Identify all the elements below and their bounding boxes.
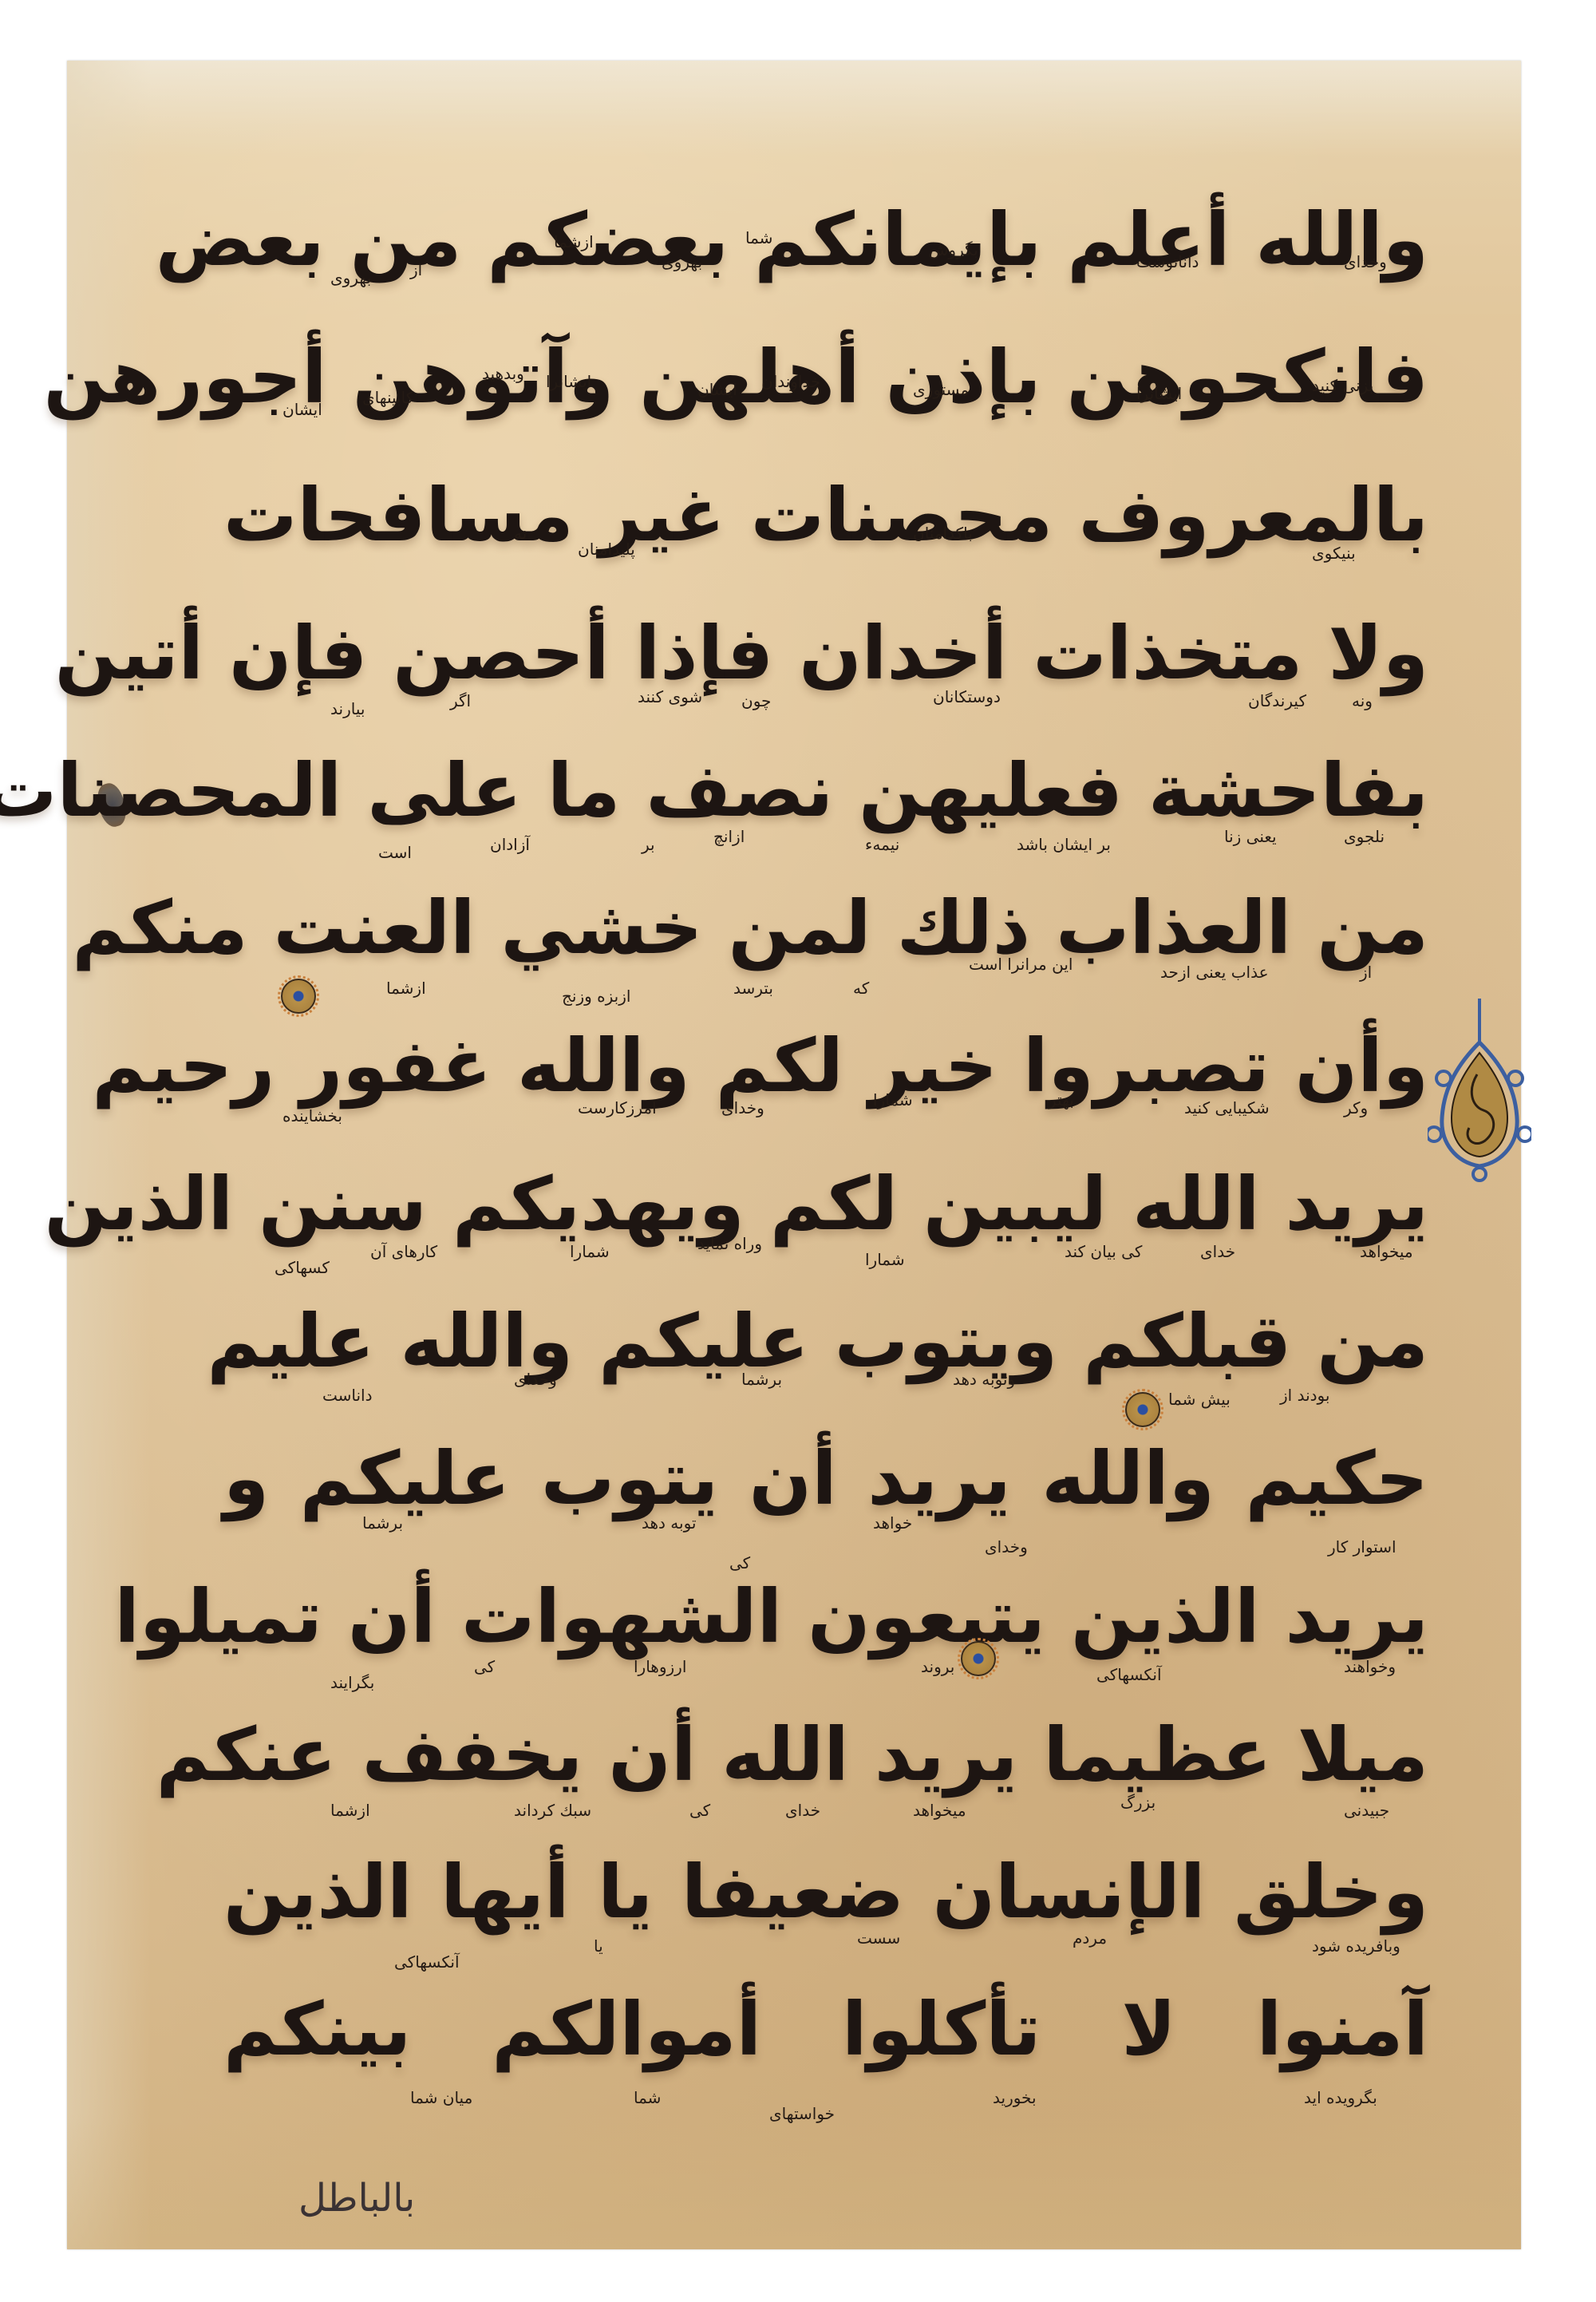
gloss: بگرايند <box>330 1673 374 1692</box>
gloss: استوار كار <box>1328 1537 1396 1556</box>
gloss: وخداى <box>985 1537 1028 1556</box>
gloss: ميخواهد <box>913 1801 966 1820</box>
gloss: دوستكانان <box>933 687 1001 706</box>
gloss: كارهاى آن <box>370 1242 437 1261</box>
gloss: ايشان <box>282 400 322 419</box>
gloss: آنكسهاكى <box>1096 1665 1162 1684</box>
gloss: وخداى <box>1344 252 1387 271</box>
gloss: چون <box>741 691 771 710</box>
gloss: نلجوى <box>1344 827 1385 846</box>
marginal-medallion-icon <box>1428 999 1531 1182</box>
text-line-13: وخلق الإنسان ضعيفا يا أيها الذين <box>223 1833 1428 1952</box>
gloss: بهتر <box>1049 1090 1074 1109</box>
gloss: ونه <box>1352 691 1373 710</box>
gloss: باكدامنان <box>913 524 973 543</box>
gloss: از <box>410 260 422 279</box>
paper-repair-top <box>67 61 1521 156</box>
gloss: سست <box>857 1928 900 1948</box>
gloss: شكيبايى كنيد <box>1184 1098 1270 1117</box>
gloss: ازشما <box>386 979 426 998</box>
gloss: بودند از <box>1280 1386 1329 1405</box>
gloss: كابينهاى <box>362 388 413 407</box>
gloss: ارزوهارا <box>634 1657 686 1676</box>
gloss: برشما <box>362 1513 403 1533</box>
text-line-11: يريد الذين يتبعون الشهوات أن تميلوا <box>223 1557 1428 1677</box>
gloss: كسهاكى <box>275 1258 330 1277</box>
gloss: بهروى <box>662 252 702 271</box>
gloss: كى بيان كند <box>1065 1242 1142 1261</box>
gloss: سبك كرداند <box>514 1801 591 1820</box>
manuscript-folio: والله أعلم بإيمانكم بعضكم من بعض فانكحوه… <box>67 61 1521 2249</box>
gloss: آزادان <box>490 835 530 854</box>
gloss: بزنى كنيد <box>1312 376 1373 395</box>
gloss: بيش شما <box>1168 1390 1231 1409</box>
gloss: برشما <box>741 1370 782 1389</box>
gloss: ميان شما <box>410 2088 472 2107</box>
gloss: امرزكارست <box>578 1098 657 1117</box>
gloss: يا <box>594 1936 603 1956</box>
gloss: ايشانرا <box>1136 384 1182 403</box>
gloss: جبيدنى <box>1344 1801 1389 1820</box>
gloss: اگر <box>450 691 471 710</box>
gloss: وراه نمايد <box>697 1234 762 1253</box>
verse-rosette-icon <box>281 979 316 1014</box>
gloss: شمارا <box>570 1242 610 1261</box>
gloss: خواستهاى <box>769 2104 835 2123</box>
verse-rosette-icon <box>961 1641 996 1676</box>
gloss: بگروش <box>929 240 978 259</box>
gloss: نه <box>514 524 527 543</box>
text-line-10: حكيم والله يريد أن يتوب عليكم و <box>223 1419 1428 1539</box>
gloss: وكر <box>1344 1098 1368 1117</box>
gloss: بترسد <box>733 979 773 998</box>
gloss: داناتوشت <box>1136 252 1199 271</box>
gloss: ايشان <box>697 380 737 399</box>
gloss: وتوبه دهد <box>953 1370 1015 1389</box>
text-line-9: من قبلكم ويتوب عليكم والله عليم <box>223 1282 1428 1402</box>
gloss: مردم <box>1073 1928 1107 1948</box>
gloss: شوى كنند <box>638 687 702 706</box>
gloss: كيرندگان <box>1248 691 1306 710</box>
gloss: ازشما <box>330 1801 370 1820</box>
gloss: ازبزه وزنج <box>562 987 630 1006</box>
gloss: شمارا <box>873 1090 913 1109</box>
gloss: بزرگ <box>1120 1793 1156 1812</box>
gloss: خداى <box>785 1801 820 1820</box>
gloss: وخداى <box>721 1098 764 1117</box>
gloss: عذاب يعنى ازحد <box>1160 963 1269 982</box>
gloss: مستورى <box>913 380 969 399</box>
main-text-block: والله أعلم بإيمانكم بعضكم من بعض فانكحوه… <box>223 180 1428 2120</box>
gloss: شما <box>634 2088 661 2107</box>
gloss: ازانچ <box>713 827 745 846</box>
gloss: خداى <box>1200 1242 1235 1261</box>
gloss: بيارند <box>330 699 365 718</box>
text-line-12: ميلا عظيما يريد الله أن يخفف عنكم <box>223 1695 1428 1815</box>
gloss: كى <box>474 1657 495 1676</box>
gloss: وبافريده شود <box>1312 1936 1400 1956</box>
text-line-3: بالمعروف محصنات غير مسافحات <box>223 456 1428 575</box>
gloss: بر <box>642 835 655 854</box>
gloss: شما <box>745 228 772 247</box>
gloss: بخشاينده <box>282 1106 342 1125</box>
paper-repair-bottom <box>67 2114 1521 2249</box>
gloss: يعنى زنا <box>1224 827 1277 846</box>
gloss: كه <box>853 979 869 998</box>
gloss: كى <box>729 1553 750 1572</box>
gloss: بخوريد <box>993 2088 1037 2107</box>
gloss: وخواهند <box>1344 1657 1396 1676</box>
gloss: ميخواهد <box>1360 1242 1413 1261</box>
verse-rosette-icon <box>1125 1392 1160 1427</box>
gloss: توبه دهد <box>642 1513 697 1533</box>
catchword: بالباطل <box>298 2176 415 2221</box>
text-line-1: والله أعلم بإيمانكم بعضكم من بعض <box>223 180 1428 300</box>
gloss: وخداى <box>514 1370 557 1389</box>
gloss: خداوندان <box>761 372 820 391</box>
text-line-14: آمنوا لا تأكلوا أموالكم بينكم <box>223 1970 1428 2090</box>
gloss: از <box>1360 963 1372 982</box>
gloss: نيمهء <box>865 835 899 854</box>
gloss: است <box>378 843 412 862</box>
gloss: ازشما <box>554 232 594 251</box>
gloss: بر ايشان باشد <box>1017 835 1111 854</box>
gloss: كى <box>689 1801 710 1820</box>
gloss: بگرويده ايد <box>1304 2088 1377 2107</box>
gloss: آنكسهاكى <box>394 1952 460 1972</box>
gloss: وبدهيد <box>482 364 524 383</box>
gloss: داناست <box>322 1386 373 1405</box>
gloss: خواهد <box>873 1513 912 1533</box>
gloss: پليدامنان <box>578 540 635 559</box>
gloss: شمارا <box>865 1250 905 1269</box>
text-line-2: فانكحوهن بإذن أهلهن وآتوهن أجورهن <box>223 318 1428 437</box>
gloss: اين مرانرا است <box>969 955 1073 974</box>
gloss: بهروى <box>330 268 371 287</box>
gloss: ايشانرا <box>546 372 591 391</box>
gloss: بروند <box>921 1657 954 1676</box>
gloss: بنيكوى <box>1312 544 1356 563</box>
